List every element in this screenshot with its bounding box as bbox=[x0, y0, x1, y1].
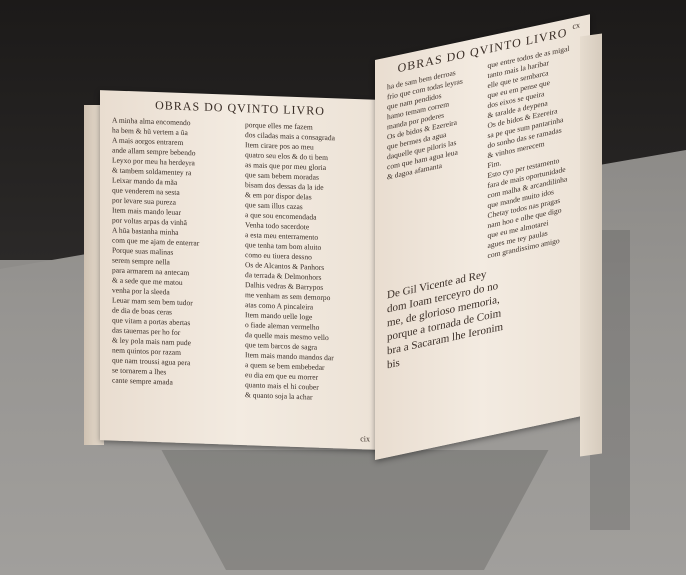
left-page: OBRAS DO QVINTO LIVRO A minha alma encom… bbox=[100, 90, 380, 450]
right-page: cx OBRAS DO QVINTO LIVRO ha de sam bem d… bbox=[375, 14, 590, 460]
right-page-column-2: que entre todos de as migaltanto mais la… bbox=[488, 42, 579, 261]
book-right-edge bbox=[580, 33, 602, 456]
left-page-column-1: A minha alma encomendoha bem & hũ vertem… bbox=[112, 116, 235, 400]
antique-book: OBRAS DO QVINTO LIVRO A minha alma encom… bbox=[80, 20, 600, 460]
left-page-number: cix bbox=[360, 434, 370, 443]
right-page-number: cx bbox=[572, 20, 580, 31]
right-page-column-1: ha de sam bem derroasfrio que com todas … bbox=[387, 63, 478, 282]
left-page-column-2: porque elles me fazemdos ciladas mais a … bbox=[245, 120, 368, 404]
